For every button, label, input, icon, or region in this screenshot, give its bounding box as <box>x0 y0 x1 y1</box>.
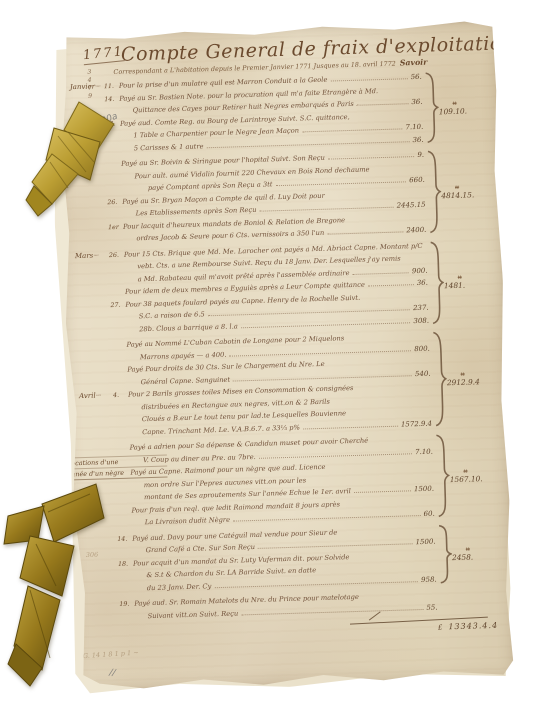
savoir-word: Savoir <box>400 58 428 68</box>
entry-amount: 958. <box>421 573 437 586</box>
group-total: tt1481. <box>444 273 494 290</box>
grand-total-value: £13343.4.4 <box>438 621 498 632</box>
month-label <box>79 385 113 386</box>
title-suffix: faits jusqu'au 18.eme <box>517 34 533 43</box>
group-total: tt2458. <box>452 544 502 561</box>
entry-amount: 800. <box>414 342 430 355</box>
dotted-leader <box>207 141 410 148</box>
group-brace <box>427 149 443 234</box>
entry-text: La Livraison dudit Nègre <box>132 514 231 529</box>
month-label <box>78 347 112 348</box>
entry-amount: 60. <box>423 508 435 521</box>
dotted-leader <box>303 425 398 429</box>
dotted-leader <box>354 490 411 493</box>
group-total: tt109.10. <box>438 98 488 115</box>
entry-amount: 36. <box>417 277 429 290</box>
entry-amount: 540. <box>415 367 431 380</box>
grand-total-number: 13343.4.4 <box>448 621 498 631</box>
month-label <box>76 282 110 283</box>
entry-group-6: 14.Payé aud. Davy pour une Catéguil mal … <box>83 523 437 596</box>
dotted-leader <box>330 78 407 81</box>
day-number: 19. <box>119 599 134 612</box>
month-label: Avril <box>79 389 113 403</box>
month-label <box>77 332 111 333</box>
entry-group-5: Payé a adrien pour Sa dépense & Candidun… <box>80 433 434 531</box>
day-number: 27. <box>110 299 125 312</box>
month-label <box>78 372 112 373</box>
dotted-leader <box>353 272 409 275</box>
photo-canvas: 1771 3 4 7 9 Compte General de fraix d'e… <box>0 0 533 726</box>
dotted-leader <box>259 453 412 459</box>
dotted-leader <box>327 231 403 234</box>
dotted-leader <box>241 322 411 328</box>
month-label <box>75 241 109 242</box>
group-brace <box>438 524 453 584</box>
margin-annotation: Locations d'uneannée d'un nègre <box>65 455 168 481</box>
dotted-leader <box>259 207 393 212</box>
group-brace <box>425 71 440 143</box>
month-label <box>76 294 110 295</box>
group-brace <box>435 433 451 518</box>
entry-group-4: Payé au Nommé L'Cuban Cabotin de Longane… <box>77 330 432 440</box>
dotted-leader <box>214 581 418 588</box>
day-number: 1er <box>108 221 123 234</box>
dotted-leader <box>276 181 407 186</box>
month-label <box>80 435 114 436</box>
entry-amount: 1500. <box>414 483 434 496</box>
dotted-leader <box>241 609 423 615</box>
entry-amount: 1500. <box>415 536 435 549</box>
group-total-value: 109.10. <box>439 106 467 116</box>
entry-amount: 56. <box>410 71 422 84</box>
month-label: Mars <box>75 249 109 263</box>
entry-amount: 36. <box>411 96 423 109</box>
entry-amount: 1572.9.4 <box>401 417 433 430</box>
ribbon-tie-top <box>24 96 136 218</box>
month-label <box>75 269 109 270</box>
day-number: 4. <box>113 390 128 403</box>
group-total-value: 4814.15. <box>441 190 474 200</box>
group-brace <box>430 240 446 325</box>
entry-amount: 900. <box>412 264 428 277</box>
month-label <box>81 450 115 451</box>
currency-mark: £ <box>438 623 444 631</box>
entry-amount: 7.10. <box>405 121 423 134</box>
day-number: 18. <box>118 558 133 571</box>
month-label <box>80 410 114 411</box>
month-label <box>77 319 111 320</box>
entry-amount: 9. <box>417 149 424 162</box>
ribbon-tie-bottom <box>0 478 118 690</box>
dotted-leader <box>302 128 402 132</box>
entry-amount: 55. <box>426 601 438 614</box>
group-total-value: 1481. <box>444 281 465 291</box>
dotted-leader <box>328 156 415 160</box>
entry-amount: 308. <box>413 314 429 327</box>
group-total-value: 2458. <box>452 552 473 562</box>
entry-amount: 36. <box>412 133 424 146</box>
entry-amount: 7.10. <box>415 445 433 458</box>
month-label <box>76 307 110 308</box>
day-number: 14. <box>117 533 132 546</box>
year-heading: 1771 <box>82 44 125 65</box>
group-total: tt4814.15. <box>441 183 491 200</box>
dotted-leader <box>368 284 414 286</box>
entry-amount: 2445.15 <box>396 199 425 212</box>
day-number: 11. <box>104 81 119 94</box>
day-number: 26. <box>109 249 124 262</box>
month-label <box>78 360 112 361</box>
entry-text: Suivant vitt.on Suivt. Reçu <box>134 607 238 623</box>
entry-text: du 23 Janv. Der. Cy <box>134 580 212 595</box>
month-label <box>74 229 108 230</box>
dotted-leader <box>357 103 409 106</box>
dotted-leader <box>258 543 413 549</box>
group-total-value: 1567.10. <box>450 474 483 484</box>
entry-text: 28b. Clous a barrique a 8. l.a <box>126 320 238 336</box>
month-label <box>80 422 114 423</box>
entry-amount: 660. <box>409 174 425 187</box>
entry-group-3: Mars26.Pour 15 Cts. Brique que Md. Me. L… <box>75 239 429 337</box>
month-label: Janvier <box>70 80 104 94</box>
group-total: tt2912.9.4 <box>447 370 497 387</box>
group-total: tt1567.10. <box>449 466 499 483</box>
dotted-leader <box>233 515 421 522</box>
entry-amount: 237. <box>413 302 429 315</box>
entry-amount: 2400. <box>406 224 426 237</box>
group-total-value: 2912.9.4 <box>447 377 480 387</box>
